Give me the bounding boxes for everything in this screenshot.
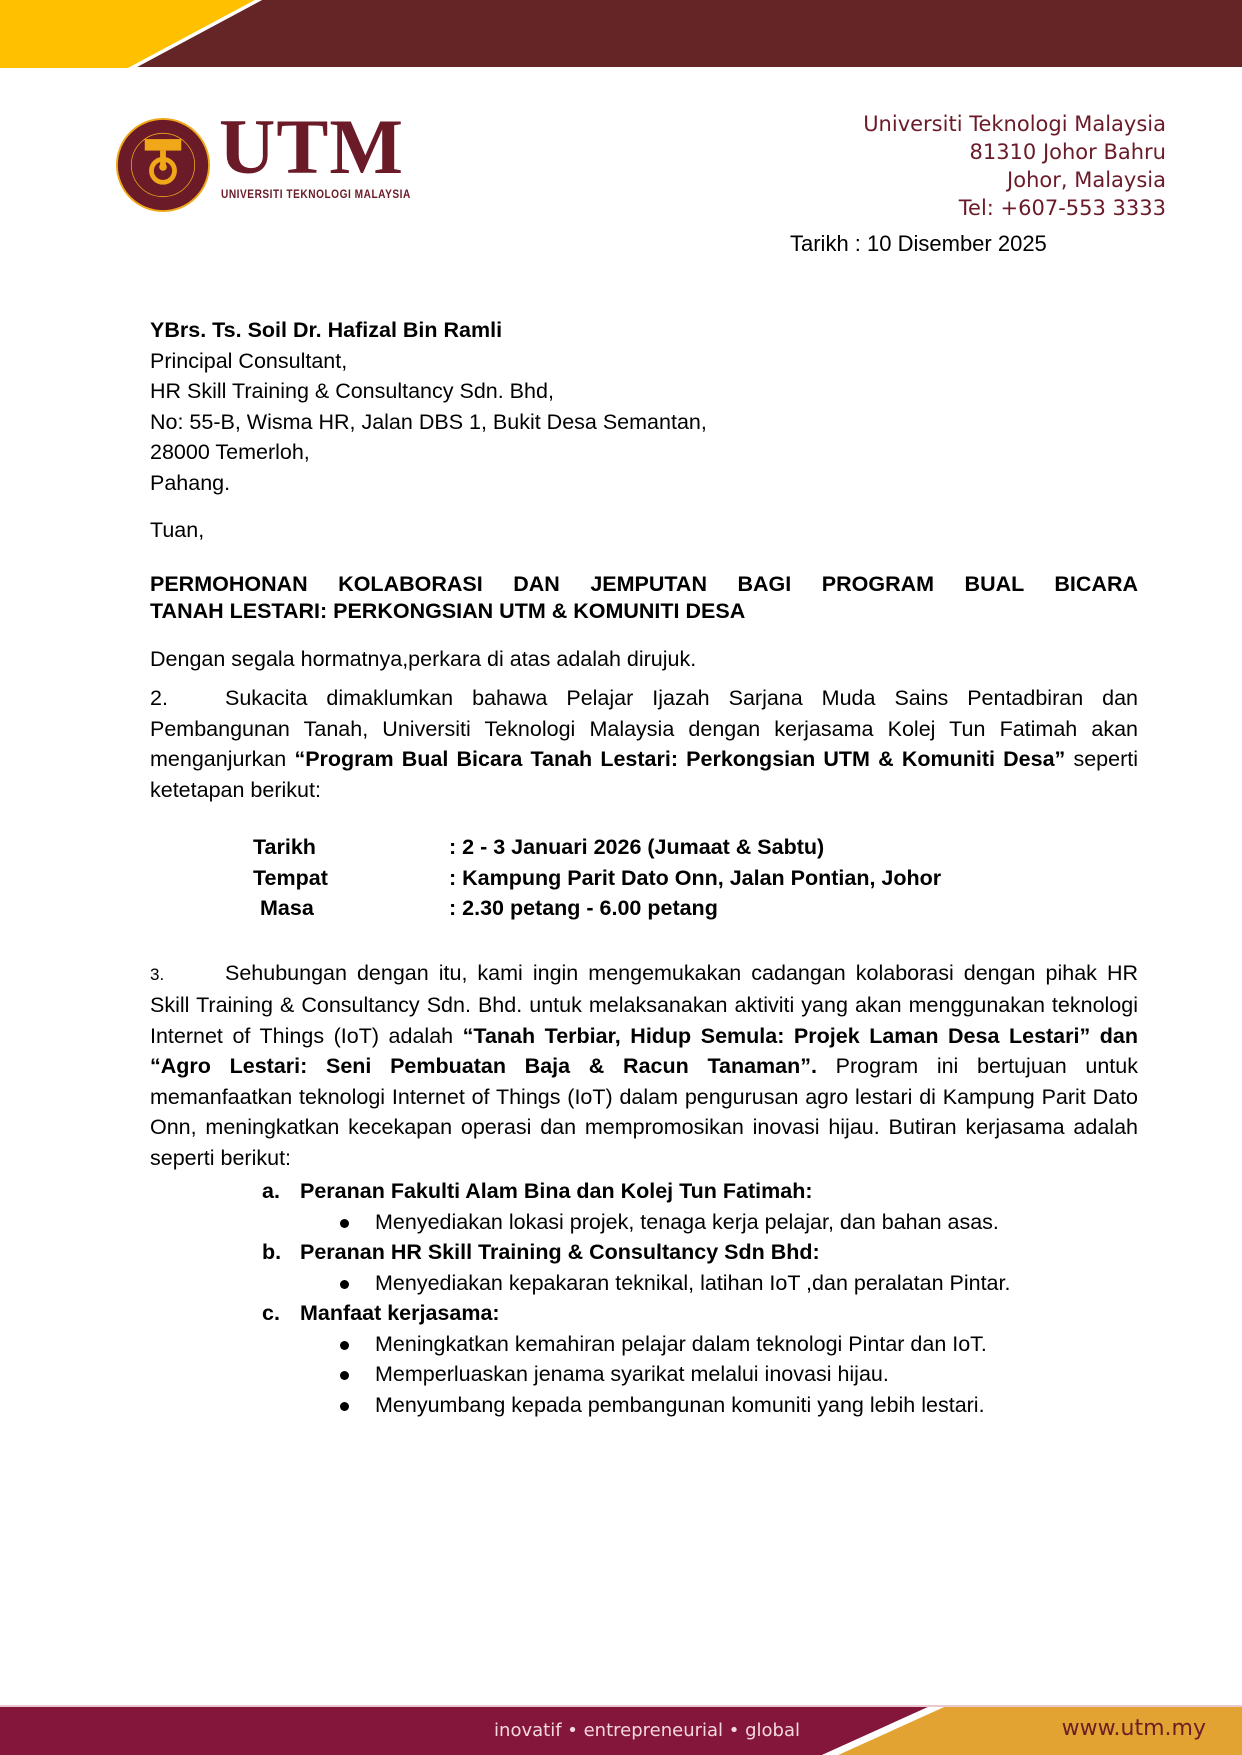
bullet-item: Menyediakan lokasi projek, tenaga kerja … (262, 1207, 1014, 1238)
cooperation-item: c.Manfaat kerjasama: Meningkatkan kemahi… (262, 1298, 1014, 1420)
intro-paragraph: Dengan segala hormatnya,perkara di atas … (150, 644, 1138, 675)
bullet-icon (340, 1371, 349, 1380)
paragraph-3: 3.Sehubungan dengan itu, kami ingin meng… (150, 958, 1138, 1174)
detail-row-venue: Tempat : Kampung Parit Dato Onn, Jalan P… (253, 863, 1138, 894)
cooperation-item: b.Peranan HR Skill Training & Consultanc… (262, 1237, 1014, 1298)
bullet-text: Meningkatkan kemahiran pelajar dalam tek… (375, 1332, 987, 1356)
letter-subject: PERMOHONAN KOLABORASI DAN JEMPUTAN BAGI … (150, 571, 1138, 625)
subject-line: PERMOHONAN KOLABORASI DAN JEMPUTAN BAGI … (150, 571, 1138, 598)
bullet-text: Menyumbang kepada pembangunan komuniti y… (375, 1393, 985, 1417)
recipient-line: No: 55-B, Wisma HR, Jalan DBS 1, Bukit D… (150, 407, 1138, 438)
bullet-icon (340, 1219, 349, 1228)
cooperation-item: a.Peranan Fakulti Alam Bina dan Kolej Tu… (262, 1176, 1014, 1237)
bullet-item: Menyumbang kepada pembangunan komuniti y… (262, 1390, 1014, 1421)
event-details: Tarikh : 2 - 3 Januari 2026 (Jumaat & Sa… (253, 832, 1138, 924)
project-name: “Tanah Terbiar, Hidup Semula: Projek Lam… (463, 1024, 1091, 1048)
detail-row-time: Masa : 2.30 petang - 6.00 petang (253, 893, 1138, 924)
detail-label: Masa (253, 893, 449, 924)
bullet-icon (340, 1402, 349, 1411)
recipient-line: HR Skill Training & Consultancy Sdn. Bhd… (150, 376, 1138, 407)
recipient-name: YBrs. Ts. Soil Dr. Hafizal Bin Ramli (150, 315, 1138, 346)
salutation: Tuan, (150, 515, 1138, 546)
detail-value: : Kampung Parit Dato Onn, Jalan Pontian,… (449, 863, 941, 894)
detail-value: : 2.30 petang - 6.00 petang (449, 893, 718, 924)
item-letter: c. (262, 1298, 300, 1329)
cooperation-list: a.Peranan Fakulti Alam Bina dan Kolej Tu… (262, 1176, 1014, 1420)
paragraph-text: dan (1090, 1024, 1138, 1048)
item-heading: Peranan Fakulti Alam Bina dan Kolej Tun … (300, 1176, 813, 1207)
program-name: “Program Bual Bicara Tanah Lestari: Perk… (294, 747, 1065, 771)
recipient-block: YBrs. Ts. Soil Dr. Hafizal Bin Ramli Pri… (150, 315, 1138, 498)
address-line: 81310 Johor Bahru (863, 138, 1166, 166)
item-letter: b. (262, 1237, 300, 1268)
item-heading: Peranan HR Skill Training & Consultancy … (300, 1237, 820, 1268)
bullet-item: Meningkatkan kemahiran pelajar dalam tek… (262, 1329, 1014, 1360)
header-band (0, 0, 1242, 68)
logo-wordmark: UTM (219, 108, 404, 186)
paragraph-2: 2.Sukacita dimaklumkan bahawa Pelajar Ij… (150, 683, 1138, 805)
detail-label: Tempat (253, 863, 449, 894)
project-name: “Agro Lestari: Seni Pembuatan Baja & Rac… (150, 1054, 817, 1078)
bullet-item: Menyediakan kepakaran teknikal, latihan … (262, 1268, 1014, 1299)
item-letter: a. (262, 1176, 300, 1207)
subject-line: TANAH LESTARI: PERKONGSIAN UTM & KOMUNIT… (150, 599, 745, 623)
paragraph-number: 2. (150, 683, 225, 714)
detail-row-date: Tarikh : 2 - 3 Januari 2026 (Jumaat & Sa… (253, 832, 1138, 863)
recipient-line: Principal Consultant, (150, 346, 1138, 377)
detail-value: : 2 - 3 Januari 2026 (Jumaat & Sabtu) (449, 832, 824, 863)
address-line: Universiti Teknologi Malaysia (863, 110, 1166, 138)
detail-label: Tarikh (253, 832, 449, 863)
bullet-icon (340, 1280, 349, 1289)
bullet-text: Memperluaskan jenama syarikat melalui in… (375, 1362, 889, 1386)
recipient-line: 28000 Temerloh, (150, 437, 1138, 468)
bullet-text: Menyediakan lokasi projek, tenaga kerja … (375, 1210, 999, 1234)
address-line: Tel: +607-553 3333 (863, 194, 1166, 222)
utm-crest-icon (115, 117, 211, 213)
bullet-icon (340, 1341, 349, 1350)
paragraph-number: 3. (150, 960, 225, 991)
university-address: Universiti Teknologi Malaysia 81310 Joho… (863, 110, 1166, 222)
bullet-item: Memperluaskan jenama syarikat melalui in… (262, 1359, 1014, 1390)
logo-subtitle: UNIVERSITI TEKNOLOGI MALAYSIA (221, 189, 411, 201)
address-line: Johor, Malaysia (863, 166, 1166, 194)
bullet-text: Menyediakan kepakaran teknikal, latihan … (375, 1271, 1010, 1295)
recipient-line: Pahang. (150, 468, 1138, 499)
letter-body: YBrs. Ts. Soil Dr. Hafizal Bin Ramli Pri… (150, 315, 1138, 1420)
letter-date: Tarikh : 10 Disember 2025 (790, 231, 1047, 257)
utm-logo: UTM UNIVERSITI TEKNOLOGI MALAYSIA (115, 114, 415, 214)
item-heading: Manfaat kerjasama: (300, 1298, 500, 1329)
footer-website-link[interactable]: www.utm.my (1062, 1716, 1206, 1741)
footer-tagline: inovatif • entrepreneurial • global (0, 1720, 800, 1741)
